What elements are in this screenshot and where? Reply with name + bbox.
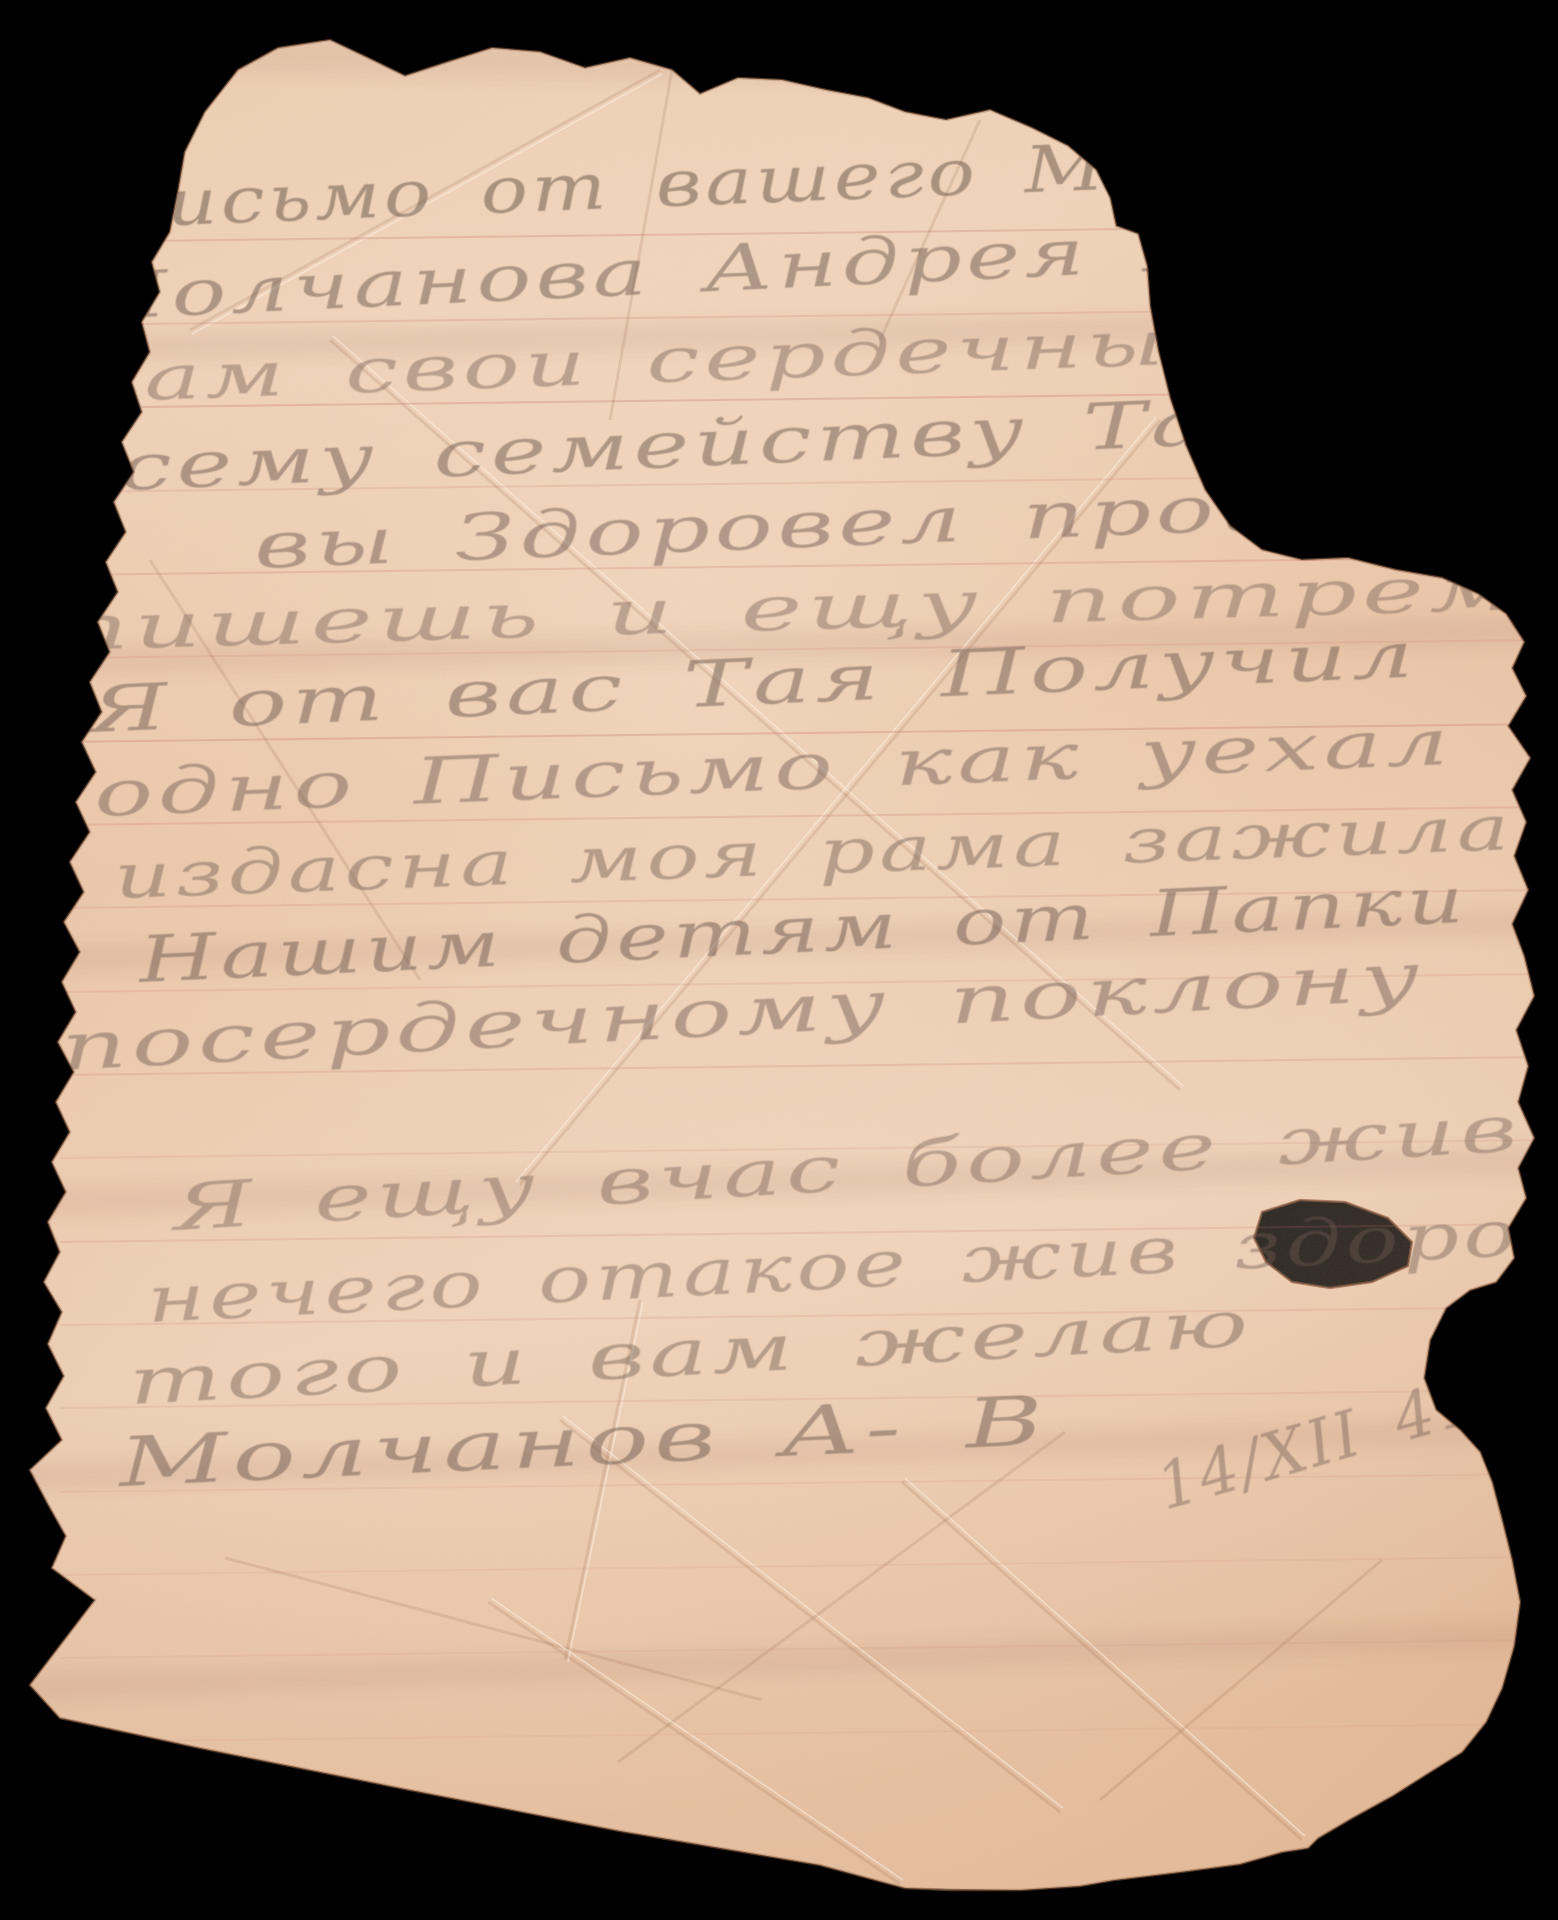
letter-scan: Письмо от вашего М Молчанова Андрея В ва… (0, 0, 1558, 1920)
scan-background: Письмо от вашего М Молчанова Андрея В ва… (0, 0, 1558, 1920)
